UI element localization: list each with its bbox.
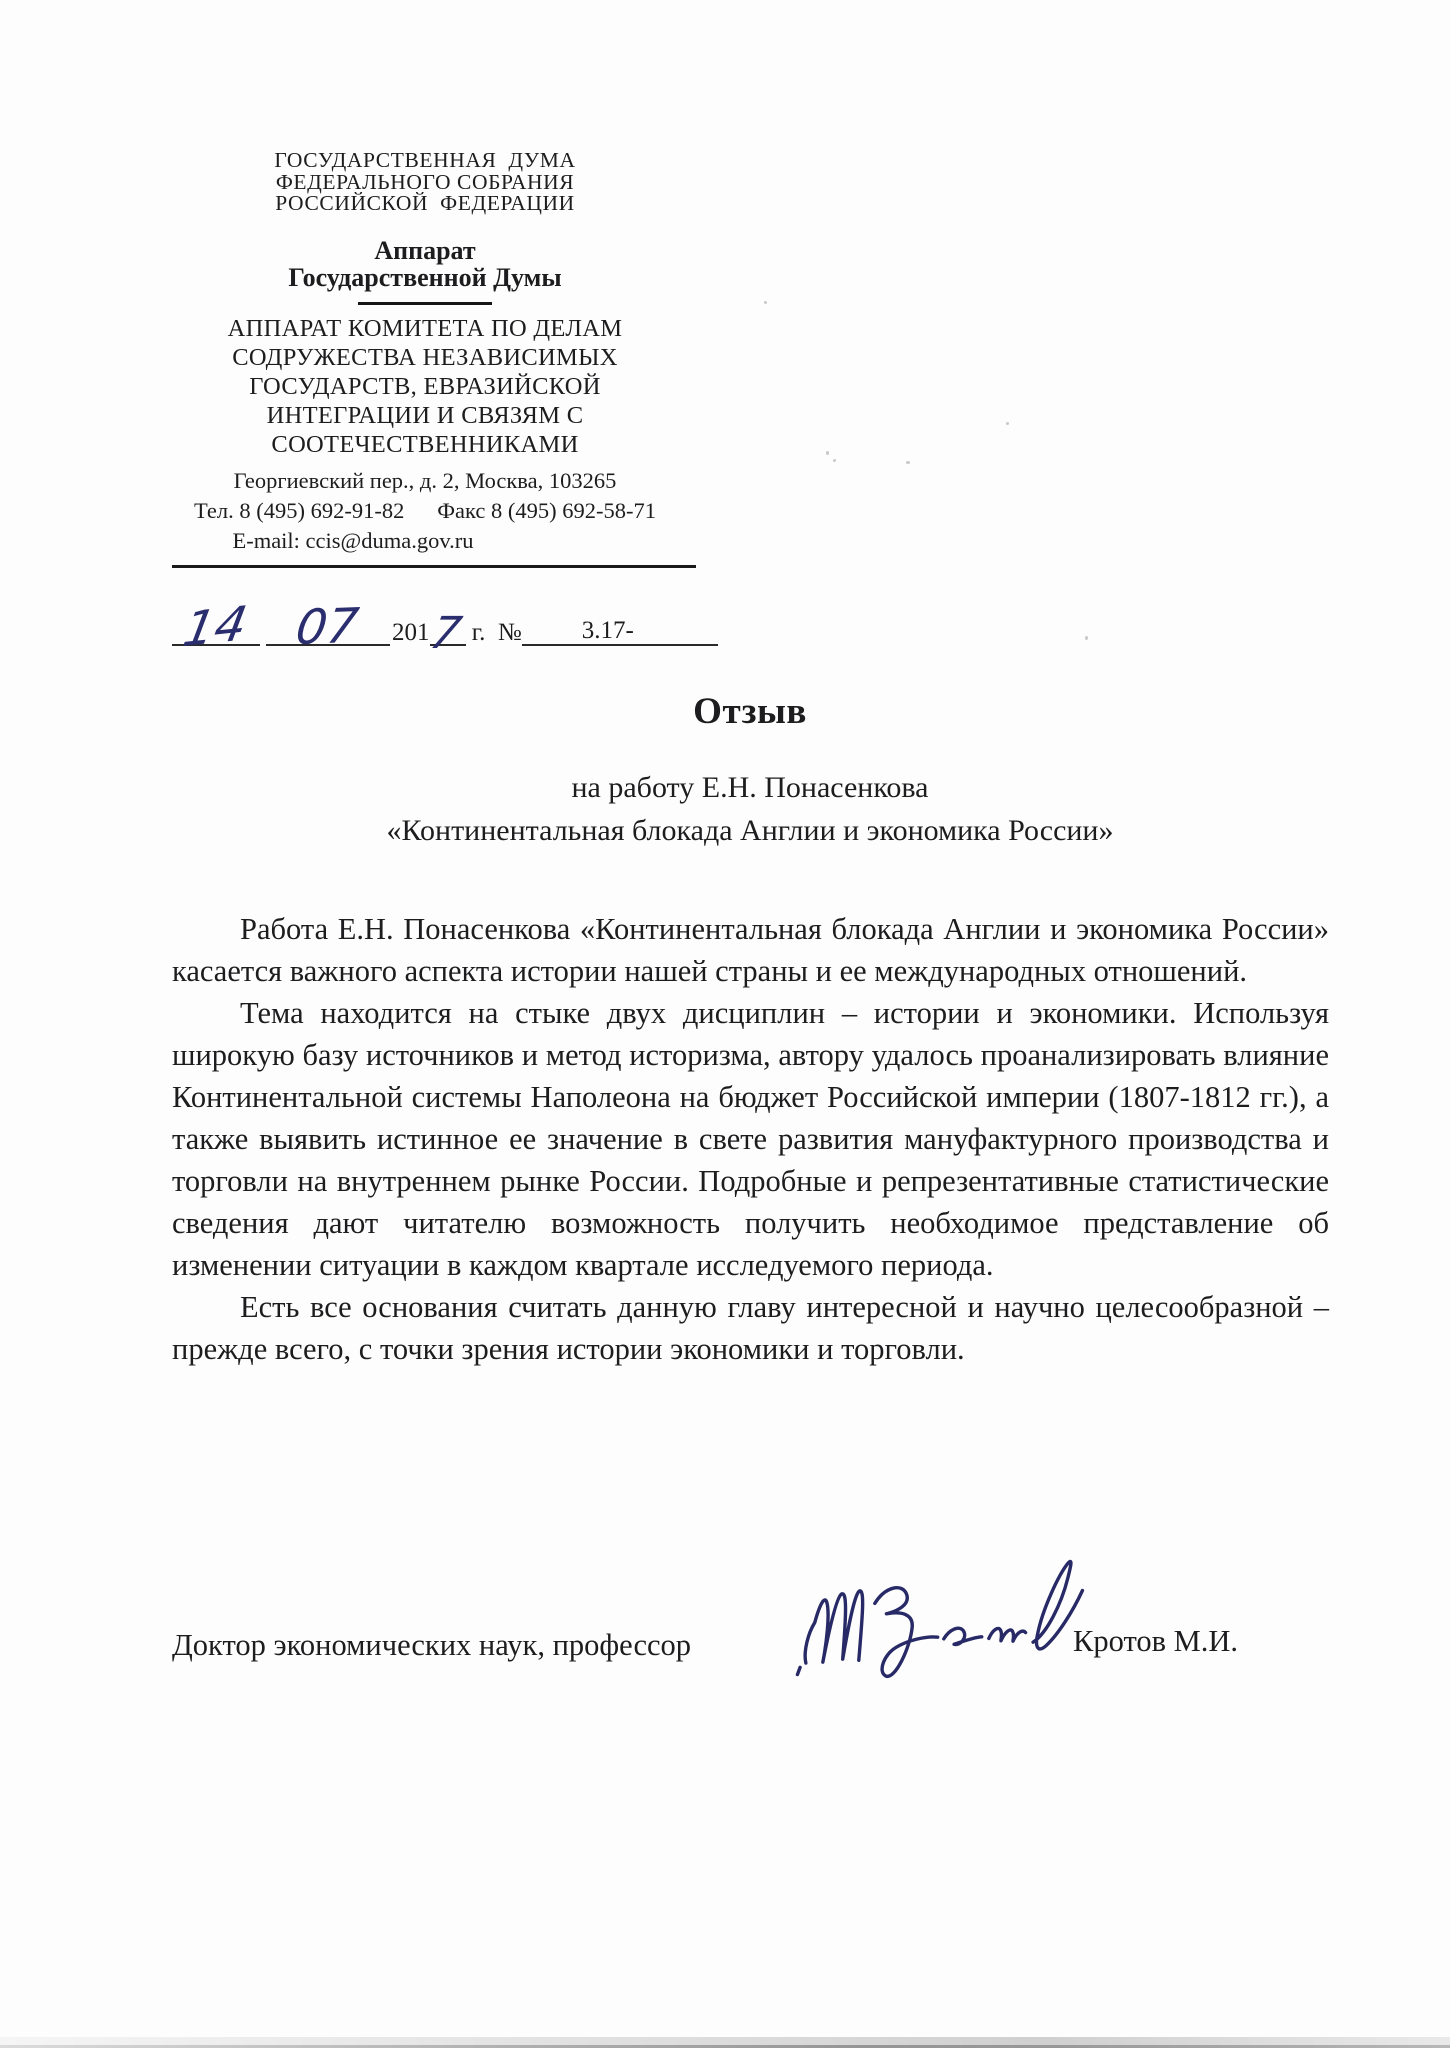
fax-number: Факс 8 (495) 692-58-71 (437, 498, 656, 524)
phone-fax-row: Тел. 8 (495) 692-91-82 Факс 8 (495) 692-… (194, 498, 656, 524)
letterhead-bottom-rule (172, 565, 696, 568)
division-name: Аппарат Государственной Думы (125, 237, 725, 291)
signer-name: Кротов М.И. (1073, 1624, 1238, 1658)
subtitle-line: на работу Е.Н. Понасенкова (172, 766, 1328, 809)
scan-speck (833, 459, 836, 462)
document-number-blank: 3.17- (522, 617, 718, 646)
day-blank: 14 (172, 604, 260, 646)
committee-line: ИНТЕГРАЦИИ И СВЯЗЯМ С (125, 401, 725, 430)
year-prefix: 201 (392, 619, 430, 646)
organization-name: ГОСУДАРСТВЕННАЯ ДУМА ФЕДЕРАЛЬНОГО СОБРАН… (125, 150, 725, 215)
committee-line: СООТЕЧЕСТВЕННИКАМИ (125, 430, 725, 459)
org-line: РОССИЙСКОЙ ФЕДЕРАЦИИ (125, 193, 725, 215)
handwritten-month: 07 (294, 606, 361, 648)
review-body: Работа Е.Н. Понасенкова «Континентальная… (172, 908, 1329, 1370)
scan-speck (826, 451, 829, 455)
handwritten-year-digit: 7 (426, 614, 464, 654)
committee-name: АППАРАТ КОМИТЕТА ПО ДЕЛАМ СОДРУЖЕСТВА НЕ… (125, 314, 725, 459)
signer-title: Доктор экономических наук, профессор (172, 1628, 691, 1662)
paragraph: Тема находится на стыке двух дисциплин –… (172, 992, 1329, 1286)
handwritten-day: 14 (181, 604, 251, 650)
scan-speck (1085, 636, 1088, 640)
document-title: Отзыв (172, 690, 1328, 733)
document-number: 3.17- (582, 617, 634, 644)
committee-line: ГОСУДАРСТВ, ЕВРАЗИЙСКОЙ (125, 372, 725, 401)
committee-line: АППАРАТ КОМИТЕТА ПО ДЕЛАМ (125, 314, 725, 343)
email-address: E-mail: ccis@duma.gov.ru (53, 528, 653, 554)
year-suffix-and-number-sign: г. № (466, 619, 522, 646)
letterhead: ГОСУДАРСТВЕННАЯ ДУМА ФЕДЕРАЛЬНОГО СОБРАН… (125, 150, 725, 554)
division-line: Аппарат (125, 237, 725, 264)
letterhead-divider-rule (358, 302, 492, 305)
scan-speck (906, 461, 910, 464)
division-line: Государственной Думы (125, 264, 725, 291)
phone-number: Тел. 8 (495) 692-91-82 (194, 498, 404, 524)
postal-address: Георгиевский пер., д. 2, Москва, 103265 (125, 468, 725, 494)
committee-line: СОДРУЖЕСТВА НЕЗАВИСИМЫХ (125, 343, 725, 372)
signature-block: Доктор экономических наук, профессор Кро… (172, 1612, 1352, 1762)
handwritten-signature (790, 1554, 1090, 1694)
paragraph: Есть все основания считать данную главу … (172, 1286, 1329, 1370)
org-line: ГОСУДАРСТВЕННАЯ ДУМА (125, 150, 725, 172)
year-digit-blank: 7 (430, 604, 466, 646)
scanned-letter-page: ГОСУДАРСТВЕННАЯ ДУМА ФЕДЕРАЛЬНОГО СОБРАН… (0, 0, 1450, 2048)
scan-speck (1006, 422, 1009, 425)
org-line: ФЕДЕРАЛЬНОГО СОБРАНИЯ (125, 172, 725, 194)
subtitle-line: «Континентальная блокада Англии и эконом… (172, 809, 1328, 852)
paragraph: Работа Е.Н. Понасенкова «Континентальная… (172, 908, 1329, 992)
document-subtitle: на работу Е.Н. Понасенкова «Континенталь… (172, 766, 1328, 852)
date-and-number-line: 14 07 201 7 г. № 3.17- (172, 582, 732, 646)
scan-speck (764, 301, 767, 304)
month-blank: 07 (266, 604, 390, 646)
